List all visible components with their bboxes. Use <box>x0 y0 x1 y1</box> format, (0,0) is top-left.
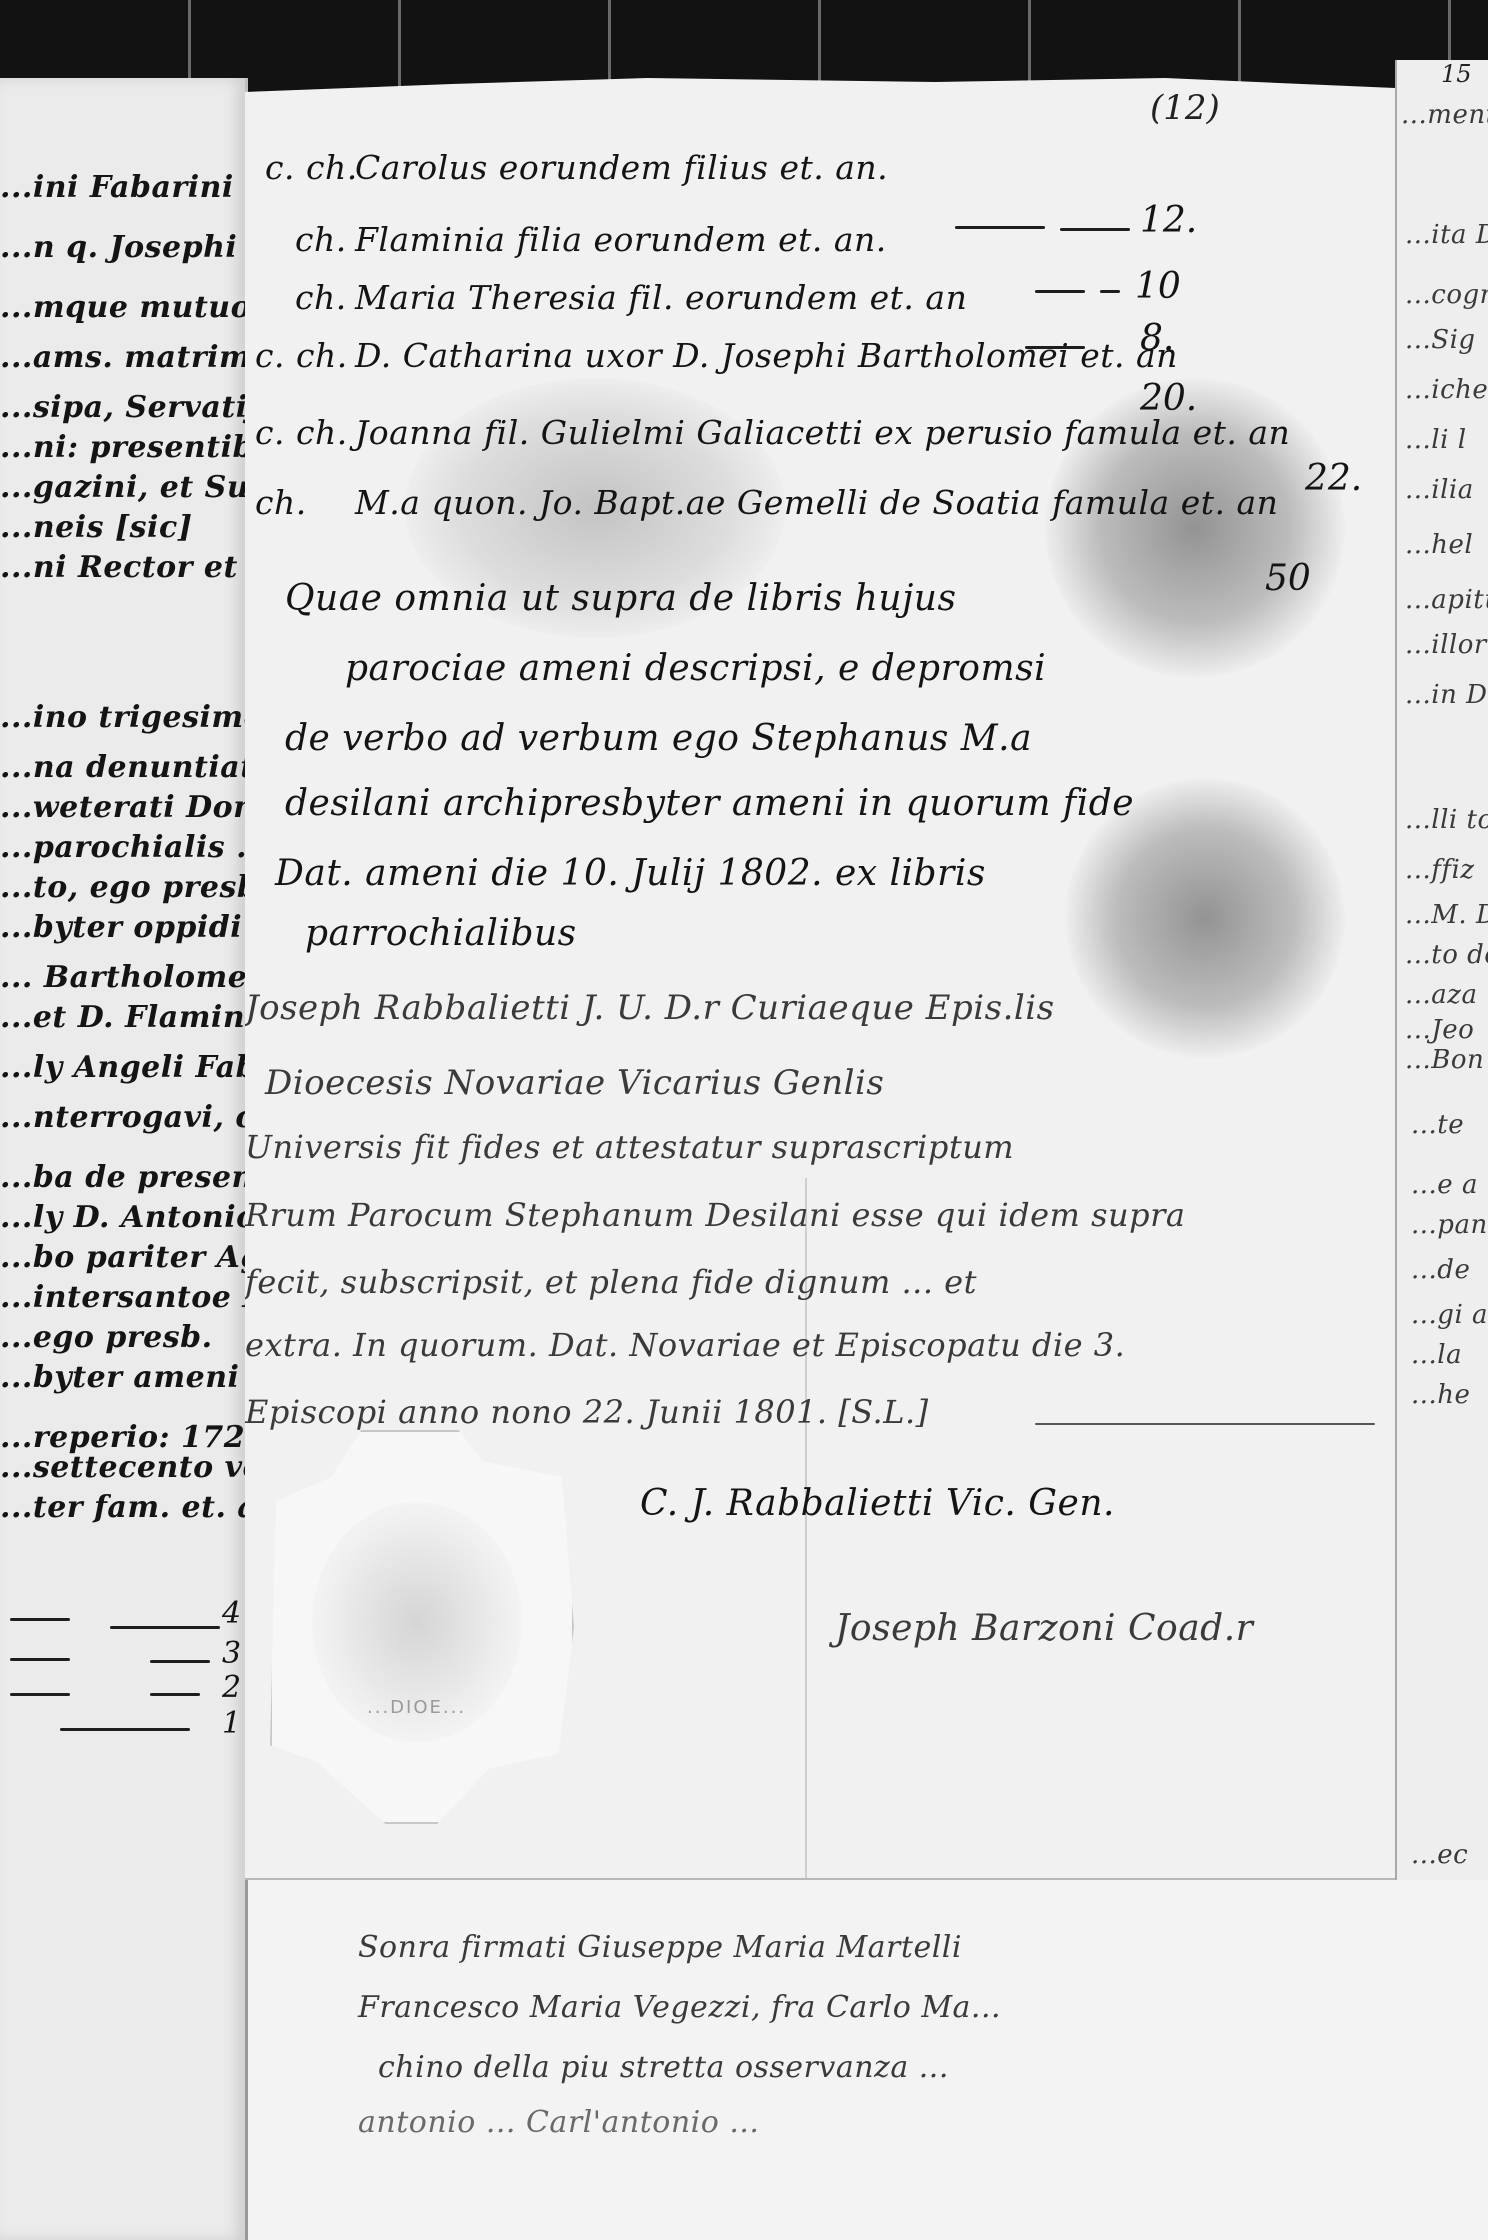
attestation-line: Joseph Rabbalietti J. U. D.r Curiaeque E… <box>245 988 1055 1028</box>
left-age: 1 <box>222 1706 241 1741</box>
entry-text: Joanna fil. Gulielmi Galiacetti ex perus… <box>355 413 1290 452</box>
certification-line: de verbo ad verbum ego Stephanus M.a <box>285 718 1032 759</box>
entry-age: 22. <box>1305 458 1362 499</box>
left-line: ...parochialis ... <box>0 830 269 865</box>
right-line: ...Bon <box>1405 1045 1484 1075</box>
attestation-line: Rrum Parocum Stephanum Desilani esse qui… <box>245 1196 1185 1234</box>
right-line: ...apitu <box>1405 585 1488 615</box>
certification-line: parociae ameni descripsi, e depromsi <box>345 648 1046 689</box>
entry-text: Maria Theresia fil. eorundem et. an <box>355 278 967 317</box>
right-line: ...illor <box>1405 630 1487 660</box>
right-line: ...cogniz <box>1405 280 1488 310</box>
lower-line: Francesco Maria Vegezzi, fra Carlo Ma... <box>358 1990 1001 2025</box>
entry-prefix: c. ch. <box>265 148 358 187</box>
left-line: ...sipa, Servatij <box>0 390 259 425</box>
left-line: ...intersantoe M. <box>0 1280 287 1315</box>
lower-line: antonio ... Carl'antonio ... <box>358 2105 759 2140</box>
right-line: ...Sig <box>1405 325 1476 355</box>
entry-prefix: ch. <box>295 278 347 317</box>
left-age: 4 <box>222 1596 241 1631</box>
left-page-fragment: ...ini Fabarini ...n q. Josephi Fo... ..… <box>0 78 248 2240</box>
right-line: ...he <box>1411 1380 1470 1410</box>
left-line: ...et D. Flaminii <box>0 1000 269 1035</box>
right-line: ...te <box>1411 1110 1464 1140</box>
entry-age: 10 <box>1135 266 1181 307</box>
entry-text: Flaminia filia eorundem et. an. <box>355 220 887 259</box>
folio-number: (12) <box>1150 88 1220 128</box>
left-line: ...ams. matrim... <box>0 340 284 375</box>
entry-text: Carolus eorundem filius et. an. <box>355 148 888 187</box>
left-line: ...ino trigesimo <box>0 700 264 735</box>
folio-number-right: 15 <box>1441 60 1472 88</box>
lower-line: chino della piu stretta osservanza ... <box>378 2050 949 2085</box>
signature-vicar: C. J. Rabbalietti Vic. Gen. <box>640 1483 1115 1524</box>
right-line: ...ilia <box>1405 475 1474 505</box>
right-line: ...ffiz <box>1405 855 1475 885</box>
entry-age: 50 <box>1265 558 1311 599</box>
certification-line: Dat. ameni die 10. Julij 1802. ex libris <box>275 853 986 894</box>
right-line: ...Jeo <box>1405 1015 1474 1045</box>
entry-prefix: c. ch. <box>255 336 348 375</box>
lower-sheet: Sonra firmati Giuseppe Maria Martelli Fr… <box>245 1880 1488 2240</box>
entry-text: D. Catharina uxor D. Josephi Bartholomei… <box>355 336 1178 375</box>
certification-line: desilani archipresbyter ameni in quorum … <box>285 783 1134 824</box>
attestation-line: Dioecesis Novariae Vicarius Genlis <box>265 1063 884 1103</box>
left-line: ...ba de presenti <box>0 1160 280 1195</box>
lower-line: Sonra firmati Giuseppe Maria Martelli <box>358 1930 962 1965</box>
signature-coadjutor: Joseph Barzoni Coad.r <box>835 1608 1253 1649</box>
right-line: ...aza <box>1405 980 1478 1010</box>
right-line: ...to de <box>1405 940 1488 970</box>
right-line: ...in Do <box>1405 680 1488 710</box>
right-line: ...mento <box>1401 100 1488 130</box>
certification-line: Quae omnia ut supra de libris hujus <box>285 578 956 619</box>
attestation-line: Universis fit fides et attestatur supras… <box>245 1128 1014 1166</box>
entry-prefix: c. ch. <box>255 413 348 452</box>
right-line: ...ec <box>1411 1840 1468 1870</box>
left-line: ...ly D. Antonio <box>0 1200 257 1235</box>
right-line: ...la <box>1411 1340 1462 1370</box>
left-line: ...ni Rector et <box>0 550 238 585</box>
entry-prefix: ch. <box>295 220 347 259</box>
left-line: ...ego presb. <box>0 1320 213 1355</box>
right-line: ...ita D. <box>1405 220 1488 250</box>
left-line: ...neis [sic] <box>0 510 192 545</box>
seal-legend: ...DIOE... <box>367 1697 466 1718</box>
right-line: ...lli to <box>1405 805 1488 835</box>
right-line: ...iche <box>1405 375 1488 405</box>
entry-prefix: ch. <box>255 483 307 522</box>
right-line: ...li l <box>1405 425 1467 455</box>
left-line: ...ini Fabarini <box>0 170 234 205</box>
left-line: ...byter ameni <box>0 1360 239 1395</box>
attestation-line: fecit, subscripsit, et plena fide dignum… <box>245 1263 977 1301</box>
right-line: ...gi a <box>1411 1300 1488 1330</box>
left-age: 2 <box>222 1670 241 1705</box>
left-age: 3 <box>222 1636 241 1671</box>
right-line: ...pan <box>1411 1210 1488 1240</box>
entry-age: 12. <box>1140 200 1197 241</box>
right-line: ...hel <box>1405 530 1473 560</box>
left-line: ...mque mutuo <box>0 290 251 325</box>
certification-line: parrochialibus <box>305 913 577 954</box>
entry-text: M.a quon. Jo. Bapt.ae Gemelli de Soatia … <box>355 483 1278 522</box>
right-line: ...de <box>1411 1255 1470 1285</box>
right-line: ...e a <box>1411 1170 1478 1200</box>
right-line: ...M. D. <box>1405 900 1488 930</box>
attestation-line: extra. In quorum. Dat. Novariae et Episc… <box>245 1326 1125 1364</box>
attestation-line: Episcopi anno nono 22. Junii 1801. [S.L.… <box>245 1393 929 1431</box>
